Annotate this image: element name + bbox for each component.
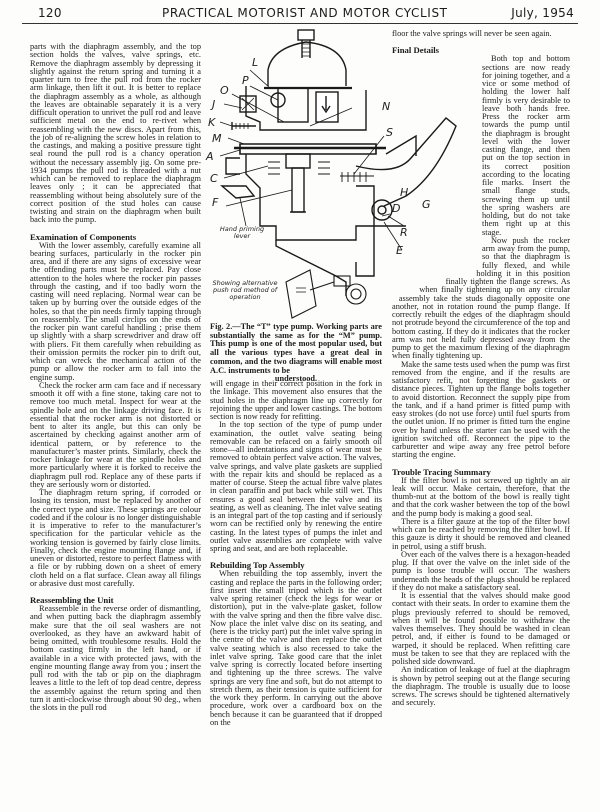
diagram-label-f: F (212, 196, 218, 209)
diagram-label-a: A (206, 150, 214, 163)
paragraph: An indication of leakage of fuel at the … (392, 666, 570, 707)
paragraph: The diaphragm return spring, if corroded… (30, 489, 201, 588)
paragraph: It is essential that the valves should m… (392, 592, 570, 666)
diagram-label-m: M (212, 132, 222, 145)
paragraph: When rebuilding the top assembly, invert… (210, 570, 382, 727)
paragraph: With the lower assembly, carefully exami… (30, 242, 201, 382)
column-middle: will engage in their correct position in… (210, 380, 382, 727)
section-heading-trouble-tracing: Trouble Tracing Summary (392, 467, 570, 477)
figure-wrap-space (392, 55, 482, 297)
paragraph: There is a filter gauze at the top of th… (392, 518, 570, 551)
paragraph: parts with the diaphragm assembly, and t… (30, 43, 201, 225)
diagram-label-c: C (210, 172, 218, 185)
hand-priming-lever-label: Hand priming lever (214, 226, 270, 240)
figure-caption: Fig. 2.—The “T” type pump. Working parts… (210, 323, 382, 384)
paragraph: floor the valve springs will never be se… (392, 30, 570, 38)
paragraph: Over each of the valves there is a hexag… (392, 551, 570, 592)
diagram-label-l: L (252, 56, 258, 69)
paragraph: Check the rocker arm cam face and if nec… (30, 382, 201, 489)
paragraph: Reassemble in the reverse order of disma… (30, 605, 201, 712)
column-left: parts with the diaphragm assembly, and t… (30, 43, 201, 712)
diagram-label-j: J (212, 98, 215, 111)
publication-title: PRACTICAL MOTORIST AND MOTOR CYCLIST (162, 6, 448, 20)
page-number: 120 (38, 6, 62, 20)
issue-date: July, 1954 (511, 6, 574, 20)
running-header: 120 PRACTICAL MOTORIST AND MOTOR CYCLIST… (22, 6, 578, 24)
paragraph: If the filter bowl is not screwed up tig… (392, 477, 570, 518)
diagram-label-k: K (208, 116, 215, 129)
column-right: floor the valve springs will never be se… (392, 30, 570, 708)
diagram-label-p: P (242, 74, 249, 87)
paragraph: will engage in their correct position in… (210, 380, 382, 421)
diagram-label-o: O (220, 84, 229, 97)
alternative-push-rod-label: Showing alternative push rod method of o… (206, 280, 284, 301)
caption-text: Fig. 2.—The “T” type pump. Working parts… (210, 322, 382, 375)
paragraph: Make the same tests used when the pump w… (392, 361, 570, 460)
section-heading-examination: Examination of Components (30, 232, 201, 242)
paragraph: In the top section of the type of pump u… (210, 421, 382, 553)
diagram-label-n: N (382, 100, 390, 113)
